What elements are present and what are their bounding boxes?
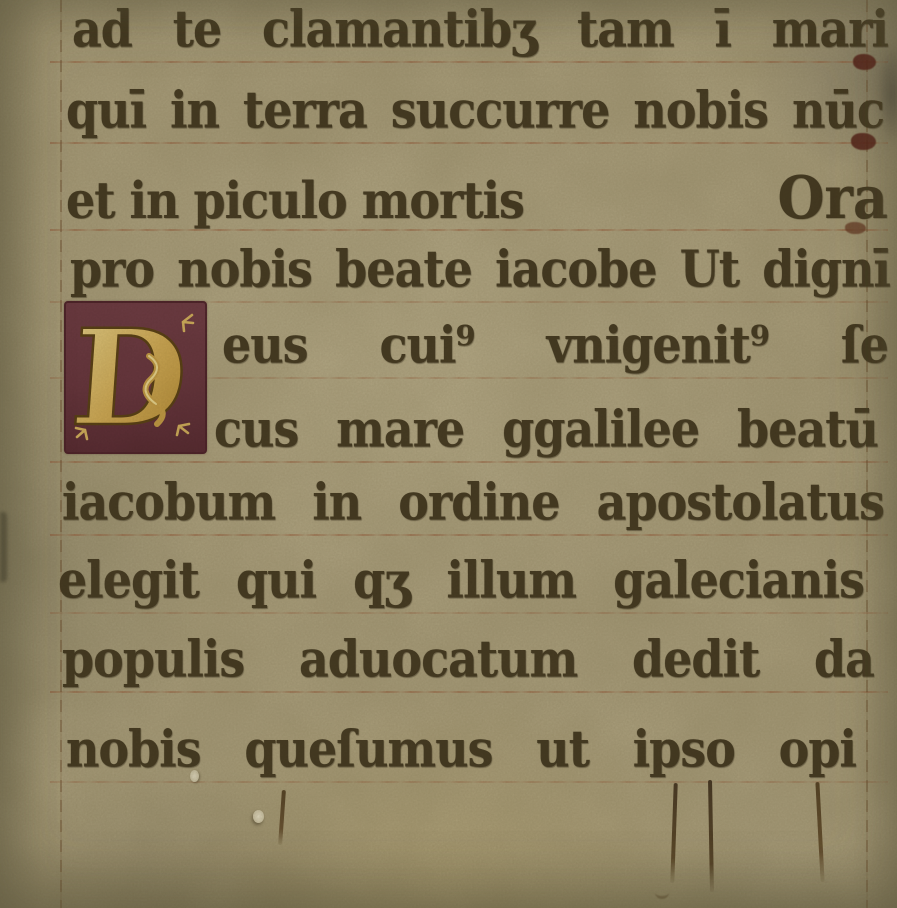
text-line-4: pro nobis beate iacobe Ut dignī bbox=[70, 237, 890, 301]
text-line-5: eus cui⁹ vnigenit⁹ ſe bbox=[222, 313, 888, 377]
manuscript-page: ad te clamantibʒ tam ī mari quī in terra… bbox=[0, 0, 897, 908]
pen-descender-stroke bbox=[815, 782, 824, 882]
edge-shadow-sliver bbox=[0, 512, 7, 582]
ruling-line bbox=[50, 781, 888, 783]
text-line-8: elegit qui qʒ illum galecianis bbox=[58, 548, 864, 612]
pen-descender-stroke bbox=[670, 783, 677, 883]
text-line-3: et in piculo mortis Ora bbox=[66, 165, 888, 229]
ruling-line bbox=[50, 61, 888, 63]
pen-descender-stroke bbox=[708, 780, 714, 892]
ruling-line bbox=[50, 612, 888, 614]
left-margin-line bbox=[60, 0, 62, 908]
pen-descender-stroke bbox=[278, 790, 286, 845]
faint-bottom-mark bbox=[655, 886, 669, 899]
text-line-9: populis aduocatum dedit da bbox=[62, 627, 874, 691]
text-line-10: nobis queſumus ut ipso opi bbox=[66, 717, 856, 781]
text-line-6: cus mare ggalilee beatū bbox=[214, 397, 878, 461]
illuminated-initial-D: D bbox=[63, 300, 208, 456]
ruling-line bbox=[50, 534, 888, 536]
text-line-3-rubric-ora: Ora bbox=[778, 165, 888, 229]
text-line-7: iacobum in ordine apostolatus bbox=[62, 470, 884, 534]
ruling-line bbox=[50, 142, 888, 144]
parchment-speck bbox=[253, 810, 264, 823]
ruling-line bbox=[50, 461, 888, 463]
text-line-1: ad te clamantibʒ tam ī mari bbox=[72, 0, 888, 61]
parchment-speck bbox=[190, 770, 199, 782]
ruling-line bbox=[50, 691, 888, 693]
illuminated-initial-art: D bbox=[63, 300, 208, 456]
text-line-2: quī in terra succurre nobis nūc bbox=[66, 78, 884, 142]
text-line-3-left: et in piculo mortis bbox=[66, 169, 524, 233]
